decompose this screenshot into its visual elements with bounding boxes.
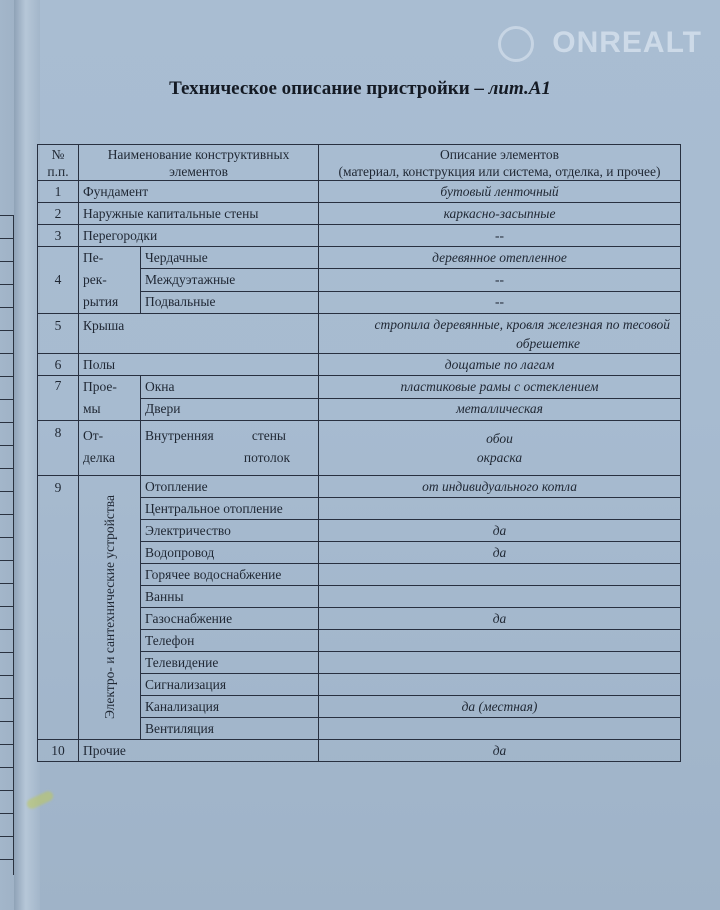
table-row: 3 Перегородки -- xyxy=(38,225,681,247)
title-lit: лит.А1 xyxy=(489,78,551,99)
table-row: 4 Пе- рек- рытия Чердачные деревянное от… xyxy=(38,247,681,269)
table-row: 7 Прое- мы Окна пластиковые рамы с остек… xyxy=(38,376,681,399)
table-row: 1 Фундамент бутовый ленточный xyxy=(38,181,681,203)
group-label-utilities: Электро- и сантехнические устройства xyxy=(79,476,141,740)
group-label-perekrytiya: Пе- рек- рытия xyxy=(79,247,141,314)
header-name: Наименование конструктивных элементов xyxy=(79,145,319,181)
table-row: 8 От- делка Внутренняя стены потолок обо… xyxy=(38,421,681,476)
header-num: № п.п. xyxy=(38,145,79,181)
group-label-proemy: Прое- мы xyxy=(79,376,141,421)
table-row: 10 Прочие да xyxy=(38,740,681,762)
table-row: 5 Крыша стропила деревянные, кровля желе… xyxy=(38,314,681,354)
table-row: 6 Полы дощатые по лагам xyxy=(38,354,681,376)
group-label-otdelka: От- делка xyxy=(79,421,141,476)
watermark-logo-icon xyxy=(498,26,534,62)
watermark: ONREALT xyxy=(552,26,702,60)
table-row: 2 Наружные капитальные стены каркасно-за… xyxy=(38,203,681,225)
page-title: Техническое описание пристройки – лит.А1 xyxy=(0,78,720,100)
utilities-group: 9Электро- и сантехнические устройстваОто… xyxy=(38,476,681,740)
header-desc: Описание элементов (материал, конструкци… xyxy=(319,145,681,181)
table-header-row: № п.п. Наименование конструктивных элеме… xyxy=(38,145,681,181)
table-row: 9Электро- и сантехнические устройстваОто… xyxy=(38,476,681,498)
technical-description-table: № п.п. Наименование конструктивных элеме… xyxy=(37,144,681,762)
